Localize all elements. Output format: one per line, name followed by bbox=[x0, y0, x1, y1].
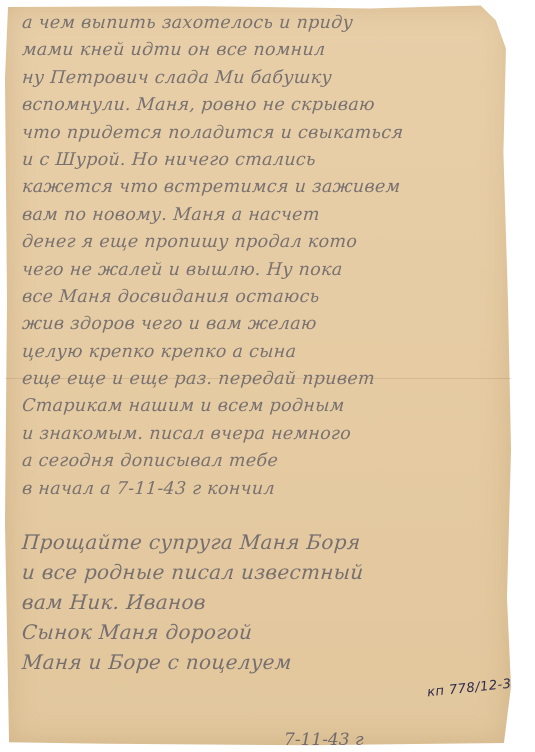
body-line: Старикам нашим и всем родным bbox=[21, 393, 513, 420]
body-line: денег я еще пропишу продал кото bbox=[21, 229, 513, 256]
body-line: целую крепко крепко а сына bbox=[21, 339, 513, 366]
body-line: жив здоров чего и вам желаю bbox=[21, 311, 513, 338]
body-line: в начал а 7-11-43 г кончил bbox=[21, 476, 513, 503]
closing-line: Сынок Маня дорогой bbox=[21, 617, 513, 647]
closing-line: Прощайте супруга Маня Боря bbox=[21, 527, 513, 557]
letter-body: а чем выпить захотелось и приду мами кне… bbox=[22, 10, 512, 503]
body-line: а чем выпить захотелось и приду bbox=[21, 10, 513, 37]
body-line: все Маня досвидания остаюсь bbox=[21, 284, 513, 311]
body-line: вспомнули. Маня, ровно не скрываю bbox=[21, 92, 513, 119]
body-line: вам по новому. Маня а насчет bbox=[21, 202, 513, 229]
body-line: мами кней идти он все помнил bbox=[21, 37, 513, 64]
letter-closing: Прощайте супруга Маня Боря и все родные … bbox=[22, 527, 512, 677]
body-line: а сегодня дописывал тебе bbox=[21, 448, 513, 475]
signature: вам Ник. Иванов bbox=[21, 587, 513, 617]
body-line: и знакомым. писал вчера немного bbox=[21, 421, 513, 448]
body-line: что придется поладится и свыкаться bbox=[21, 120, 513, 147]
closing-date: 7-11-43 г bbox=[284, 730, 364, 750]
body-line: еще еще и еще раз. передай привет bbox=[21, 366, 513, 393]
body-line: и с Шурой. Но ничего стались bbox=[21, 147, 513, 174]
closing-line: и все родные писал известный bbox=[21, 557, 513, 587]
closing-line: Маня и Боре с поцелуем bbox=[21, 647, 513, 677]
body-line: чего не жалей и вышлю. Ну пока bbox=[21, 257, 513, 284]
body-line: ну Петрович слада Ми бабушку bbox=[21, 65, 513, 92]
body-line: кажется что встретимся и заживем bbox=[21, 174, 513, 201]
